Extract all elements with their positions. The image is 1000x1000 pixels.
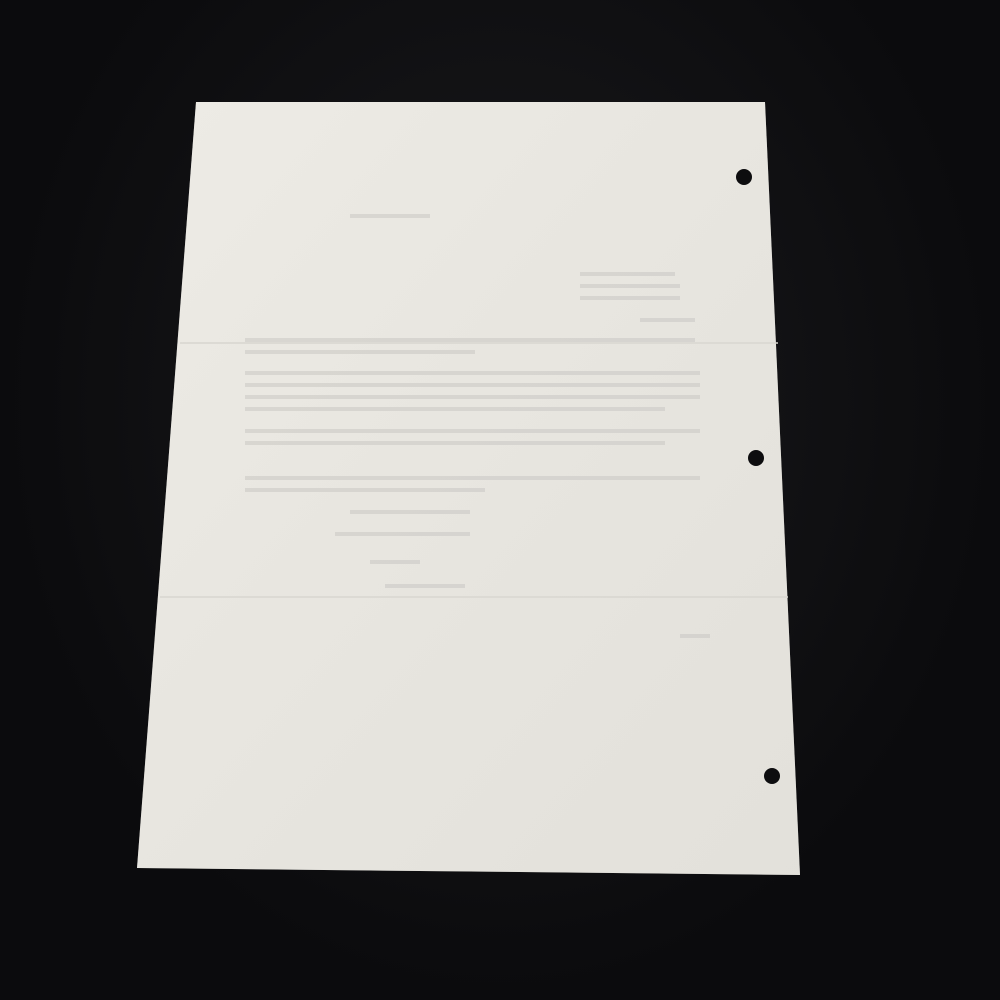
punch-hole-bottom: [764, 768, 780, 784]
letter-sheet: [0, 0, 1000, 1000]
punch-hole-middle: [748, 450, 764, 466]
punch-hole-top: [736, 169, 752, 185]
